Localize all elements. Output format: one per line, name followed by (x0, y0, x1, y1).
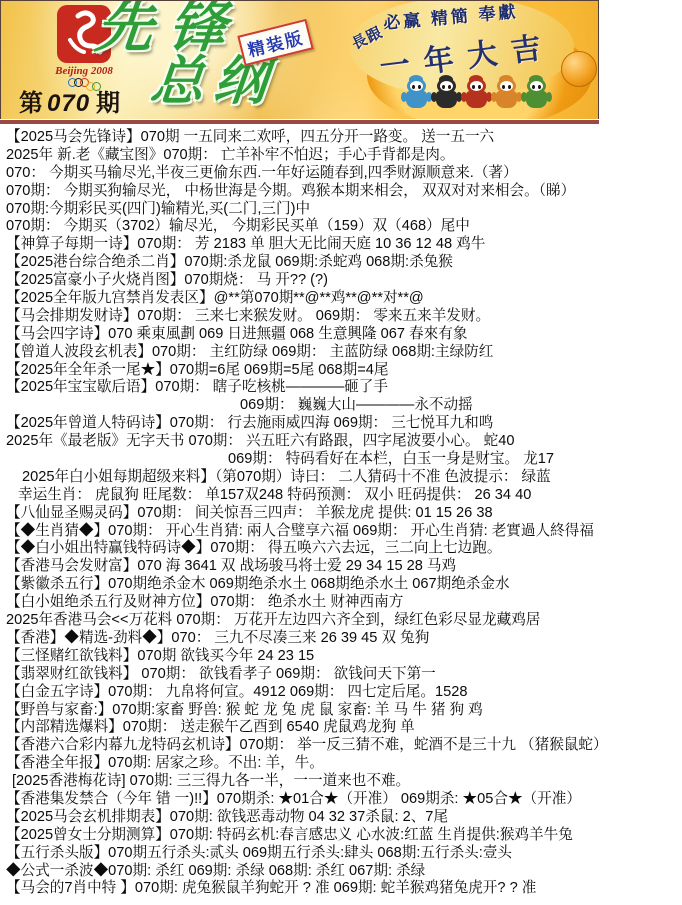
text-line: 【香港六合彩内幕九龙特码玄机诗】070期： 举一反三猜不难，蛇酒不是三十九 （猪… (0, 737, 682, 755)
issue-prefix: 第 (19, 90, 45, 117)
fuwa-head (527, 78, 546, 94)
text-line: 【2025年宝宝歇后语】070期： 瞎子吃核桃————砸了手 (0, 379, 682, 397)
text-line: ◆公式一杀波◆070期: 杀红 069期: 杀绿 068期: 杀红 067期: … (0, 863, 682, 881)
fuwa-beibei (402, 78, 430, 118)
text-line: 070期： 今期买（3702）输尽光， 今期彩民买单（159）双（468）尾中 (0, 218, 682, 236)
text-line: 【三怪赌红欲钱料】070期 欲钱买今年 24 23 15 (0, 648, 682, 666)
text-line: 【翡翠财红欲钱料】 070期： 欲钱看孝子 069期： 欲钱问天下第一 (0, 666, 682, 684)
issue-number: 070 (45, 90, 96, 117)
text-line: 【◆生肖猜◆】070期： 开心生肖猜: 兩人合璧享六福 069期： 开心生肖猜:… (0, 523, 682, 541)
body-lines: 【2025马会先锋诗】070期 一五同来二欢呼，四五分开一路变。 送一五一六20… (0, 129, 682, 898)
text-line: 【马会四字诗】070 乘東風劃 069 日进無疆 068 生意興隆 067 春來… (0, 326, 682, 344)
text-line: 【白金五字诗】070期： 九帛将何宣。4912 069期： 四七定后尾。1528 (0, 684, 682, 702)
text-line: 【2025港台综合绝杀二肖】070期:杀龙鼠 069期:杀蛇鸡 068期:杀兔猴 (0, 254, 682, 272)
text-line: 2025年《最老版》无字天书 070期： 兴五旺六有路跟，四字尾波要小心。 蛇4… (0, 433, 682, 451)
text-line: 2025年 新.老《藏宝图》070期： 亡羊补牢不怕迟；手心手背都是肉。 (0, 147, 682, 165)
fuwa-yingying (492, 78, 520, 118)
text-line: 幸运生肖： 虎鼠狗 旺尾数： 单157双248 特码预测： 双小 旺码提供： 2… (0, 487, 682, 505)
text-line: [2025香港梅花诗] 070期: 三三得九各一半，一一道来也不难。 (0, 773, 682, 791)
text-line: 【曾道人波段玄机表】070期： 主红防绿 069期： 主蓝防绿 068期:主绿防… (0, 344, 682, 362)
fuwa-jingjing (432, 78, 460, 118)
masthead-banner: 一年大吉 必赢 精簡 奉獻 長跟 Beijing 2008 先锋 总纲 精装版 … (0, 0, 599, 119)
text-line: 【野兽与家畜:】070期:家畜 野兽: 猴 蛇 龙 兔 虎 鼠 家畜: 羊 马 … (0, 702, 682, 720)
fuwa-head (467, 78, 486, 94)
text-line: 069期： 特码看好在本栏，白玉一身是财宝。 龙17 (0, 451, 682, 469)
text-line: 【八仙显圣赐灵码】070期： 间关惊吾三四声： 羊猴龙虎 提供: 01 15 2… (0, 505, 682, 523)
text-line: 【2025富豪小子火烧肖图】070期烧： 马 开?? (?) (0, 272, 682, 290)
text-line: 【香港集发禁合（今年 错 一)!!】070期杀: ★01合★（开准） 069期杀… (0, 791, 682, 809)
fuwa-huanhuan (462, 78, 490, 118)
text-line: 【2025全年版九宫禁肖发表区】@**第070期**@**鸡**@**对**@ (0, 290, 682, 308)
fuwa-head (407, 78, 426, 94)
beijing-2008-wordmark: Beijing 2008 (29, 65, 139, 77)
text-line: 【2025曾女士分期测算】070期: 特码玄机:春言感忠义 心水波:红蓝 生肖提… (0, 827, 682, 845)
banner-right-art: 一年大吉 必赢 精簡 奉獻 長跟 (349, 1, 599, 119)
banner-underline (0, 120, 599, 124)
text-line: 【五行杀头版】070期五行杀头:贰头 069期五行杀头:肆头 068期:五行杀头… (0, 845, 682, 863)
text-line: 069期： 巍巍大山————永不动摇 (0, 397, 682, 415)
issue-number-label: 第070期 (19, 83, 122, 118)
masthead-title-bottom: 总纲 (148, 55, 280, 108)
text-line: 【白小姐绝杀五行及财神方位】070期： 绝杀水土 财神西南方 (0, 594, 682, 612)
text-line: 070： 今期买马输尽光,半夜三更偷东西.一年好运随春到,四季财源顺意来.（著） (0, 165, 682, 183)
orange-ball-icon (561, 51, 597, 87)
text-line: 【2025年全年杀一尾★】070期=6尾 069期=5尾 068期=4尾 (0, 362, 682, 380)
text-line: 070期： 今期买狗输尽光， 中杨世海是今期。鸡猴本期来相会， 双双对对来相会。… (0, 183, 682, 201)
text-line: 2025年香港马会<<万花料 070期： 万花开左边四六齐全到，绿红色彩尽显龙藏… (0, 612, 682, 630)
fuwa-nini (522, 78, 550, 118)
fuwa-mascots-row (401, 78, 551, 118)
text-line: 【2025年曾道人特码诗】070期： 行去施雨威四海 069期： 三七悦耳九和鸣 (0, 415, 682, 433)
fuwa-head (497, 78, 516, 94)
text-line: 【2025马会先锋诗】070期 一五同来二欢呼，四五分开一路变。 送一五一六 (0, 129, 682, 147)
text-line: 2025年白小姐每期超级来料】（第070期）诗曰： 二人猜码十不准 色波提示： … (0, 469, 682, 487)
text-line: 【马会排期发财诗】070期： 三来七来猴发财。 069期： 零来五来羊发财。 (0, 308, 682, 326)
text-line: 【紫徽杀五行】070期绝杀金木 069期绝杀水土 068期绝杀水土 067期绝杀… (0, 576, 682, 594)
masthead-title-top: 先锋 (93, 0, 245, 56)
text-line: 【内部精选爆料】070期： 送走猴午乙酉到 6540 虎鼠鸡龙狗 单 (0, 719, 682, 737)
text-line: 【◆白小姐出特赢钱特码诗◆】070期： 得五唤六六去远，三二向上七边跑。 (0, 540, 682, 558)
text-line: 【香港全年报】070期: 居家之珍。不出: 羊，牛。 (0, 755, 682, 773)
text-line: 【香港】◆精选-劲料◆】070： 三九不尽凑三来 26 39 45 双 兔狗 (0, 630, 682, 648)
tip-sheet-page: 一年大吉 必赢 精簡 奉獻 長跟 Beijing 2008 先锋 总纲 精装版 … (0, 0, 682, 905)
issue-suffix: 期 (96, 90, 122, 117)
text-line: 【2025马会玄机排期表】070期: 欲钱恶毒动物 04 32 37杀鼠: 2、… (0, 809, 682, 827)
text-line: 【马会的7肖中特 】070期: 虎兔猴鼠羊狗蛇开 ? 准 069期: 蛇羊猴鸡猪… (0, 880, 682, 898)
text-line: 【香港马会发财富】070 海 3641 双 战场骏马将士爱 29 34 15 2… (0, 558, 682, 576)
fuwa-head (437, 78, 456, 94)
text-line: 070期:今期彩民买(四门)输精光,买(二门,三门)中 (0, 201, 682, 219)
text-line: 【神算子每期一诗】070期： 芳 2183 单 胆大无比闹天庭 10 36 12… (0, 236, 682, 254)
